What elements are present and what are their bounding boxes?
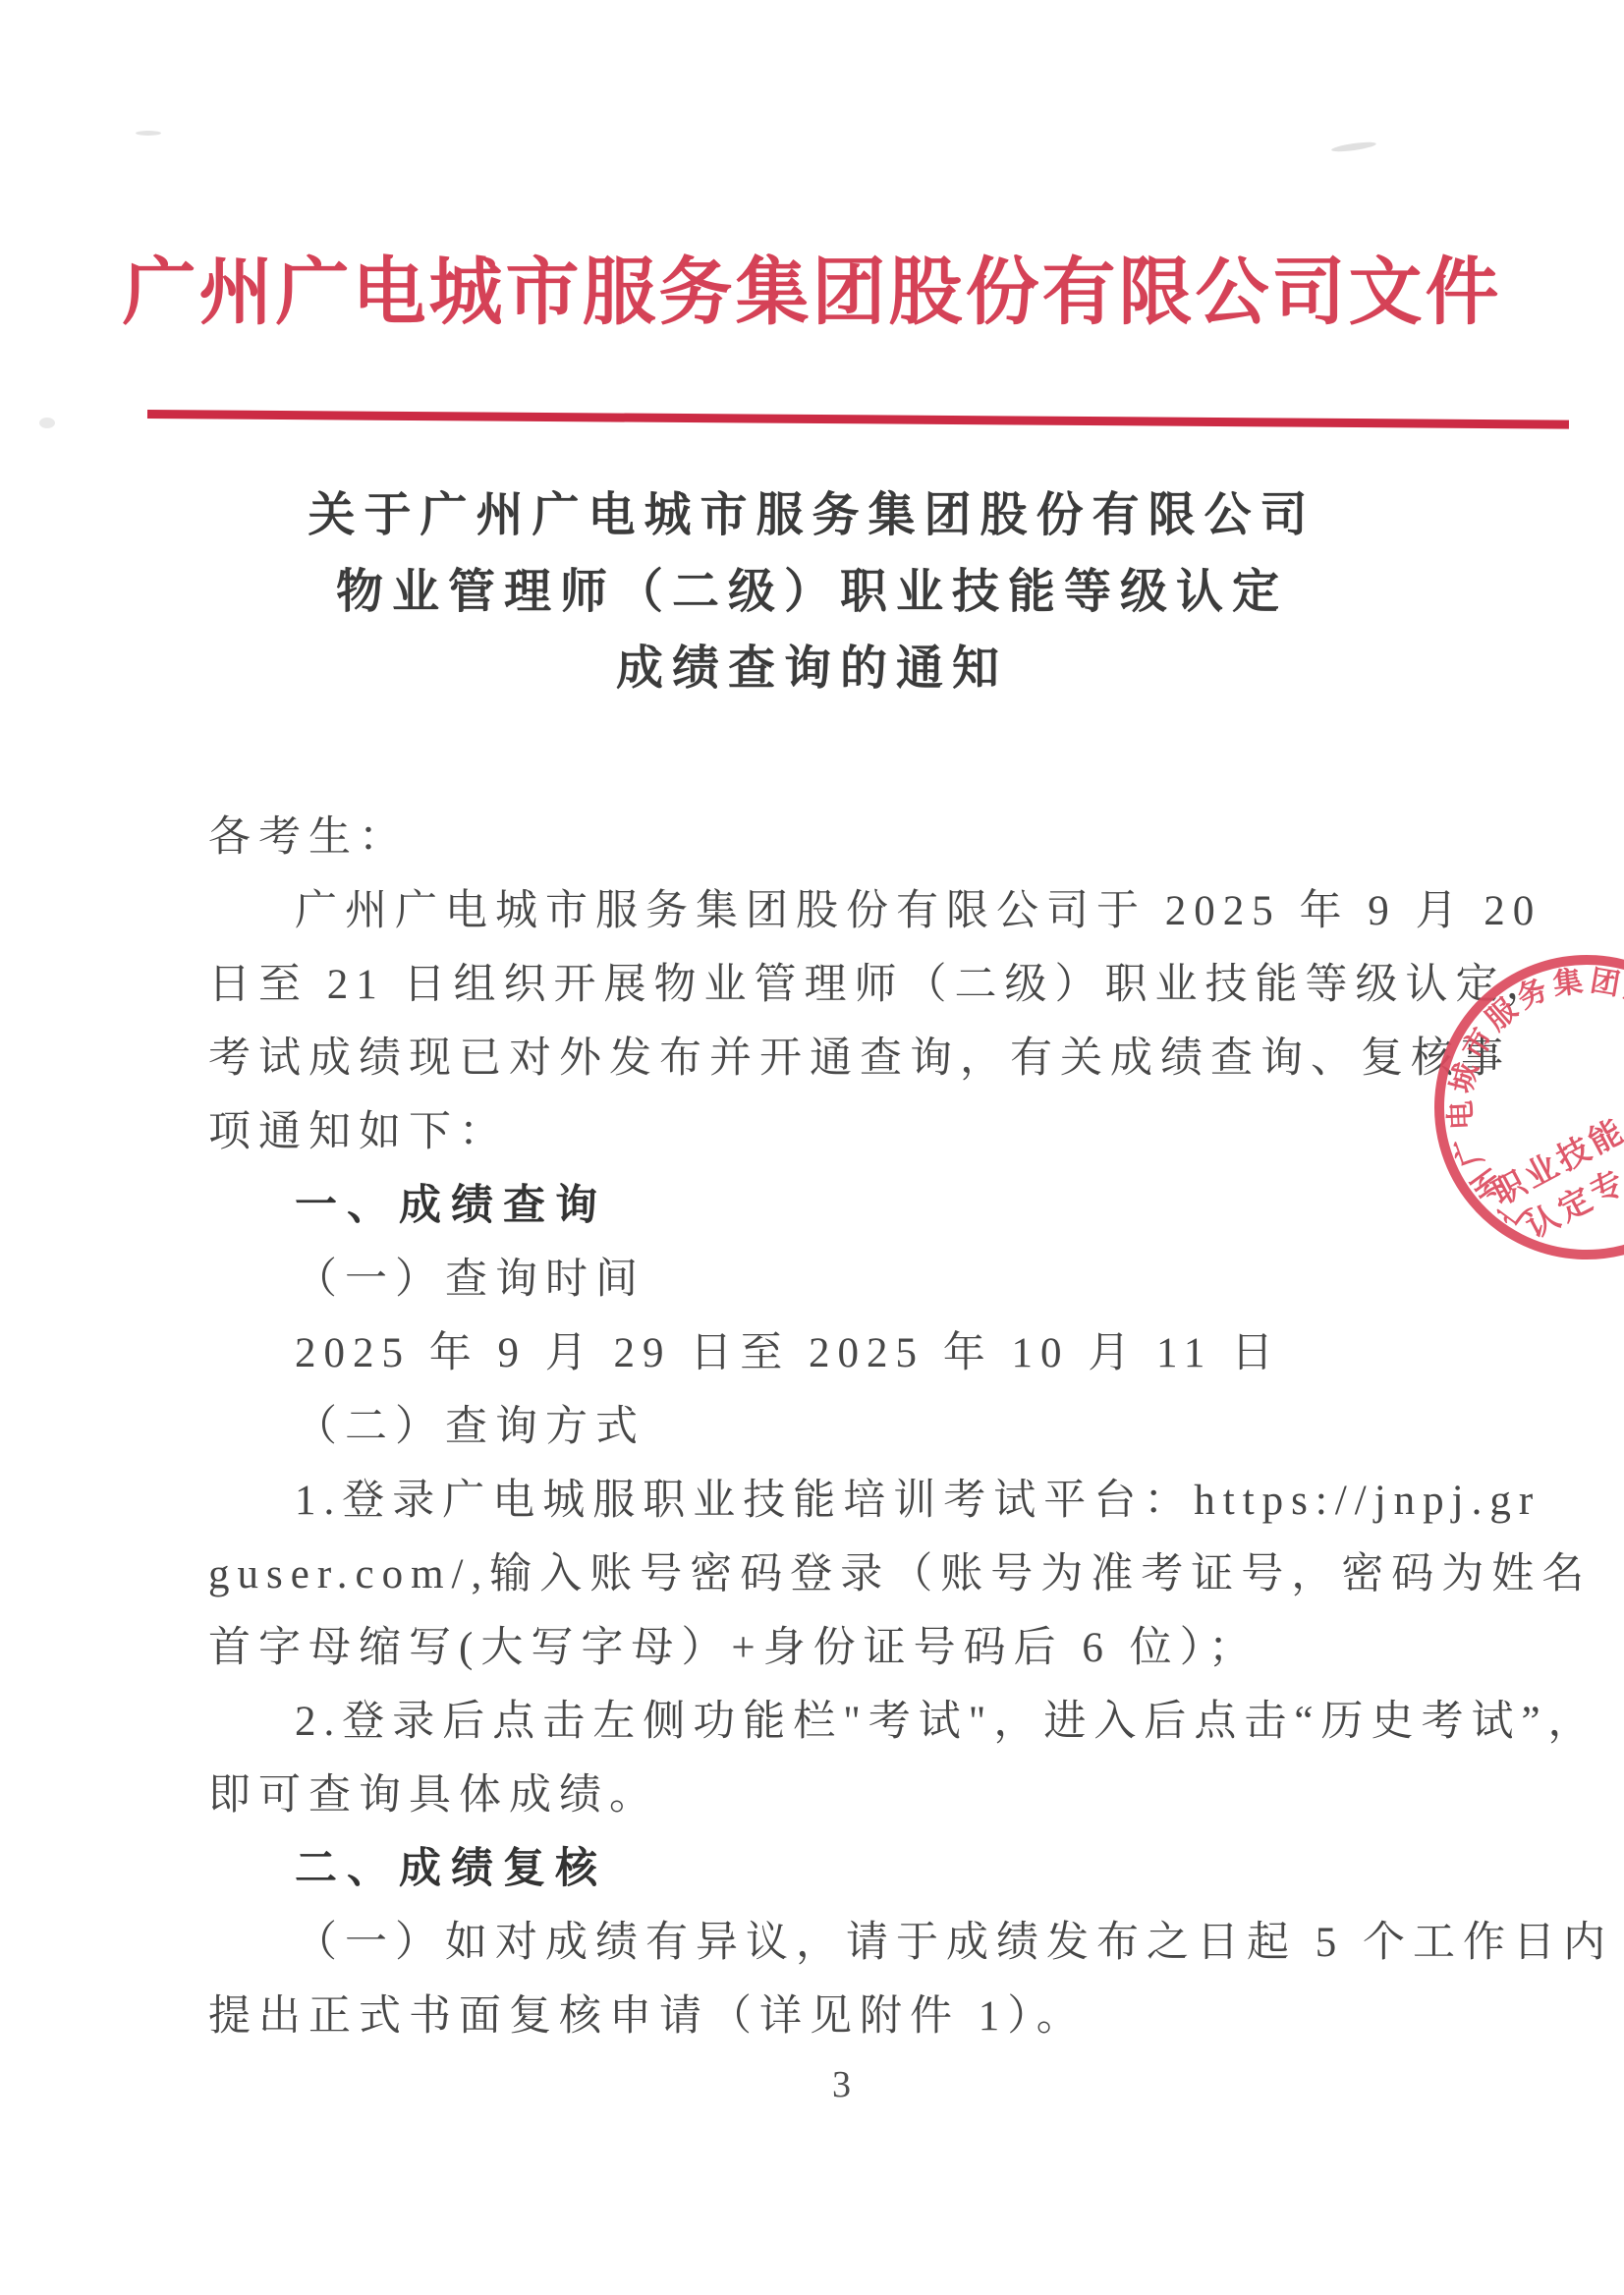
document-page: 广州广电城市服务集团股份有限公司文件 关于广州广电城市服务集团股份有限公司 物业…	[0, 0, 1624, 2295]
document-title: 关于广州广电城市服务集团股份有限公司 物业管理师（二级）职业技能等级认定 成绩查…	[0, 477, 1624, 707]
body-text-line: guser.com/,输入账号密码登录（账号为准考证号，密码为姓名	[208, 1538, 1481, 1611]
body-text-line: （一）查询时间	[208, 1243, 1481, 1316]
page-number: 3	[0, 2063, 1624, 2106]
body-text-line: 2025 年 9 月 29 日至 2025 年 10 月 11 日	[208, 1316, 1481, 1390]
body-text-line: 即可查询具体成绩。	[208, 1759, 1481, 1832]
title-line-1: 关于广州广电城市服务集团股份有限公司	[0, 477, 1624, 554]
body-text-line: 项通知如下：	[208, 1095, 1481, 1169]
title-line-3: 成绩查询的通知	[0, 631, 1624, 707]
scan-smudge	[136, 131, 161, 136]
body-text-line: 首字母缩写(大写字母）+身份证号码后 6 位）；	[208, 1611, 1481, 1685]
seal-graphic: 广州广电城市服务集团股份有限公司 职业技能 认定专	[1429, 938, 1624, 1282]
company-seal-stamp: 广州广电城市服务集团股份有限公司 职业技能 认定专	[1429, 938, 1624, 1282]
body-text-line: 提出正式书面复核申请（详见附件 1）。	[208, 1980, 1481, 2053]
body-text-line: 1.登录广电城服职业技能培训考试平台：https://jnpj.gr	[208, 1464, 1481, 1538]
body-text-line: （一）如对成绩有异议，请于成绩发布之日起 5 个工作日内	[208, 1906, 1481, 1980]
body-text-line: 日至 21 日组织开展物业管理师（二级）职业技能等级认定，	[208, 948, 1481, 1022]
body-text-line: 各考生：	[208, 801, 1481, 874]
title-line-2: 物业管理师（二级）职业技能等级认定	[0, 554, 1624, 631]
body-text-line: 二、成绩复核	[208, 1832, 1481, 1906]
body-text-line: 2.登录后点击左侧功能栏"考试"，进入后点击“历史考试”，	[208, 1685, 1481, 1759]
body-text-line: （二）查询方式	[208, 1390, 1481, 1464]
scan-smudge	[1331, 140, 1377, 153]
header-org-banner: 广州广电城市服务集团股份有限公司文件	[0, 234, 1624, 339]
header-divider-rule	[147, 410, 1569, 429]
body-text-line: 考试成绩现已对外发布并开通查询，有关成绩查询、复核事	[208, 1022, 1481, 1095]
scan-smudge	[39, 418, 55, 428]
document-body: 各考生： 广州广电城市服务集团股份有限公司于 2025 年 9 月 20 日至 …	[208, 801, 1481, 2053]
body-text-line: 一、成绩查询	[208, 1169, 1481, 1243]
body-text-line: 广州广电城市服务集团股份有限公司于 2025 年 9 月 20	[208, 874, 1481, 948]
